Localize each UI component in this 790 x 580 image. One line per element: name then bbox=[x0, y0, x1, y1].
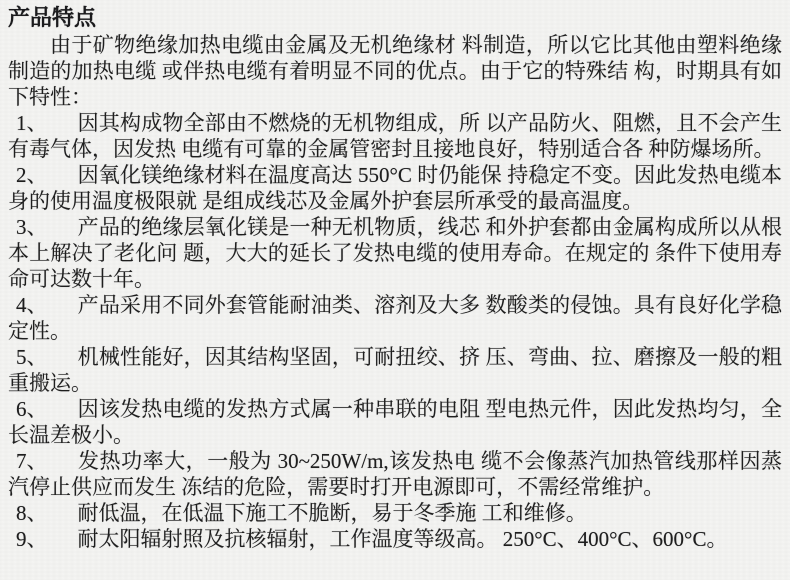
feature-number: 1、 bbox=[16, 110, 48, 136]
feature-text: 因氧化镁绝缘材料在温度高达 550°C 时仍能保 持稳定不变。因此发热电缆本身的… bbox=[8, 163, 782, 213]
feature-item-4: 4、产品采用不同外套管能耐油类、溶剂及大多 数酸类的侵蚀。具有良好化学稳定性。 bbox=[8, 292, 782, 344]
feature-text: 因该发热电缆的发热方式属一种串联的电阻 型电热元件，因此发热均匀，全长温差极小。 bbox=[8, 397, 782, 447]
feature-item-7: 7、发热功率大，一般为 30~250W/m,该发热电 缆不会像蒸汽加热管线那样因… bbox=[8, 448, 782, 500]
feature-item-8: 8、耐低温，在低温下施工不脆断，易于冬季施 工和维修。 bbox=[8, 500, 782, 526]
feature-number: 3、 bbox=[16, 214, 48, 240]
feature-text: 发热功率大，一般为 30~250W/m,该发热电 缆不会像蒸汽加热管线那样因蒸汽… bbox=[8, 449, 782, 499]
feature-text: 因其构成物全部由不燃烧的无机物组成，所 以产品防火、阻燃，且不会产生有毒气体，因… bbox=[8, 111, 782, 161]
feature-number: 7、 bbox=[16, 448, 48, 474]
feature-item-2: 2、因氧化镁绝缘材料在温度高达 550°C 时仍能保 持稳定不变。因此发热电缆本… bbox=[8, 162, 782, 214]
feature-text: 耐低温，在低温下施工不脆断，易于冬季施 工和维修。 bbox=[78, 501, 587, 525]
feature-item-5: 5、机械性能好，因其结构坚固，可耐扭绞、挤 压、弯曲、拉、磨擦及一般的粗重搬运。 bbox=[8, 344, 782, 396]
feature-text: 产品的绝缘层氧化镁是一种无机物质，线芯 和外护套都由金属构成所以从根本上解决了老… bbox=[8, 215, 782, 291]
feature-item-6: 6、因该发热电缆的发热方式属一种串联的电阻 型电热元件，因此发热均匀，全长温差极… bbox=[8, 396, 782, 448]
feature-number: 6、 bbox=[16, 396, 48, 422]
feature-text: 产品采用不同外套管能耐油类、溶剂及大多 数酸类的侵蚀。具有良好化学稳定性。 bbox=[8, 293, 782, 343]
feature-item-1: 1、因其构成物全部由不燃烧的无机物组成，所 以产品防火、阻燃，且不会产生有毒气体… bbox=[8, 110, 782, 162]
feature-text: 机械性能好，因其结构坚固，可耐扭绞、挤 压、弯曲、拉、磨擦及一般的粗重搬运。 bbox=[8, 345, 782, 395]
document-page: 产品特点 由于矿物绝缘加热电缆由金属及无机绝缘材 料制造，所以它比其他由塑料绝缘… bbox=[0, 0, 790, 580]
feature-number: 4、 bbox=[16, 292, 48, 318]
feature-item-3: 3、产品的绝缘层氧化镁是一种无机物质，线芯 和外护套都由金属构成所以从根本上解决… bbox=[8, 214, 782, 292]
feature-number: 9、 bbox=[16, 526, 48, 552]
feature-text: 耐太阳辐射照及抗核辐射，工作温度等级高。 250°C、400°C、600°C。 bbox=[78, 527, 728, 551]
feature-item-9: 9、耐太阳辐射照及抗核辐射，工作温度等级高。 250°C、400°C、600°C… bbox=[8, 526, 782, 552]
feature-number: 8、 bbox=[16, 500, 48, 526]
feature-number: 5、 bbox=[16, 344, 48, 370]
feature-number: 2、 bbox=[16, 162, 48, 188]
page-title: 产品特点 bbox=[8, 5, 782, 31]
intro-paragraph: 由于矿物绝缘加热电缆由金属及无机绝缘材 料制造，所以它比其他由塑料绝缘制造的加热… bbox=[8, 32, 782, 110]
